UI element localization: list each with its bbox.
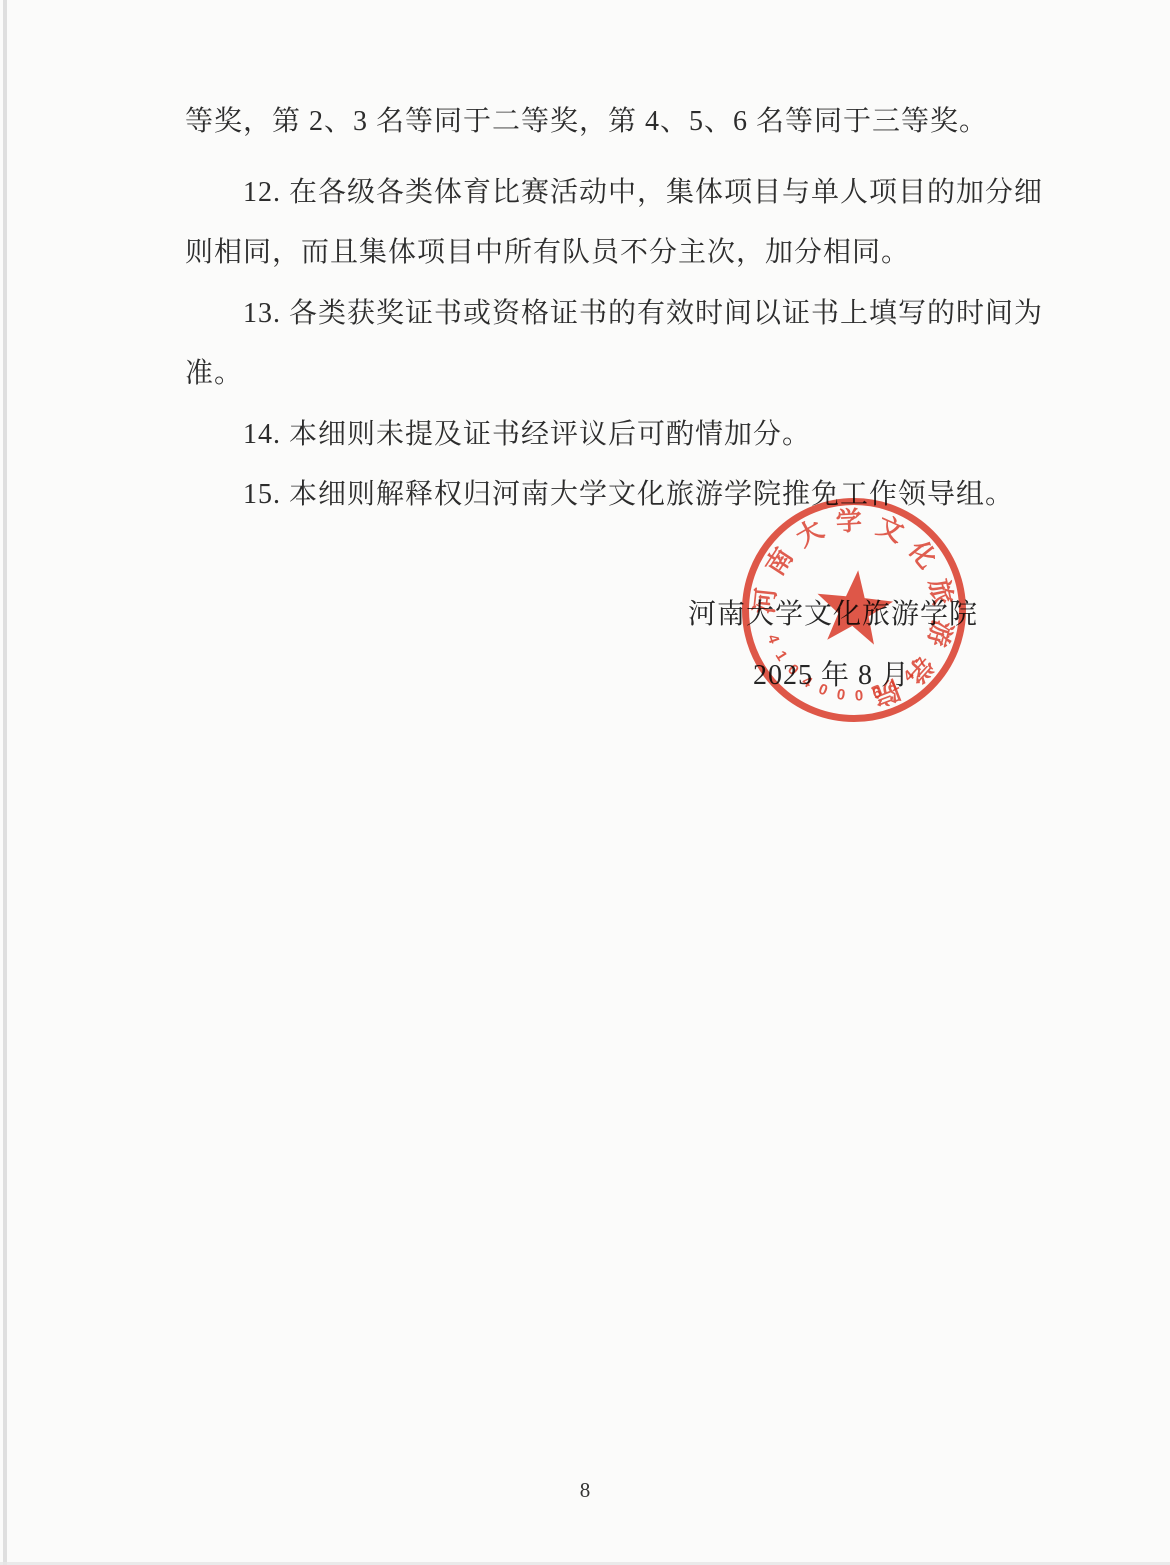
signature-date: 2025 年 8 月 — [753, 653, 910, 693]
scan-edge-left — [3, 0, 7, 1565]
seal-serial-digit: 4 — [765, 633, 782, 646]
page-number: 8 — [535, 1478, 635, 1503]
body-line-item-15: 15. 本细则解释权归河南大学文化旅游学院推免工作领导组。 — [243, 472, 1014, 512]
body-line-item-13: 13. 各类获奖证书或资格证书的有效时间以证书上填写的时间为 — [243, 291, 1043, 331]
seal-arc-char: 文 — [873, 512, 907, 546]
seal-arc-char: 化 — [904, 536, 941, 573]
body-line-item-12: 12. 在各级各类体育比赛活动中，集体项目与单人项目的加分细 — [243, 170, 1043, 210]
seal-arc-char: 大 — [792, 516, 828, 552]
body-line: 则相同，而且集体项目中所有队员不分主次，加分相同。 — [185, 230, 910, 270]
seal-arc-char: 学 — [836, 508, 863, 535]
seal-serial-digit: 7 — [913, 655, 930, 671]
signature-organization: 河南大学文化旅游学院 — [688, 592, 978, 632]
body-line: 准。 — [185, 351, 243, 391]
document-page: 等奖，第 2、3 名等同于二等奖，第 4、5、6 名等同于三等奖。 12. 在各… — [0, 0, 1170, 1565]
body-line-item-14: 14. 本细则未提及证书经评议后可酌情加分。 — [243, 412, 811, 452]
body-line: 等奖，第 2、3 名等同于二等奖，第 4、5、6 名等同于三等奖。 — [185, 99, 988, 139]
seal-arc-char: 南 — [762, 544, 798, 580]
